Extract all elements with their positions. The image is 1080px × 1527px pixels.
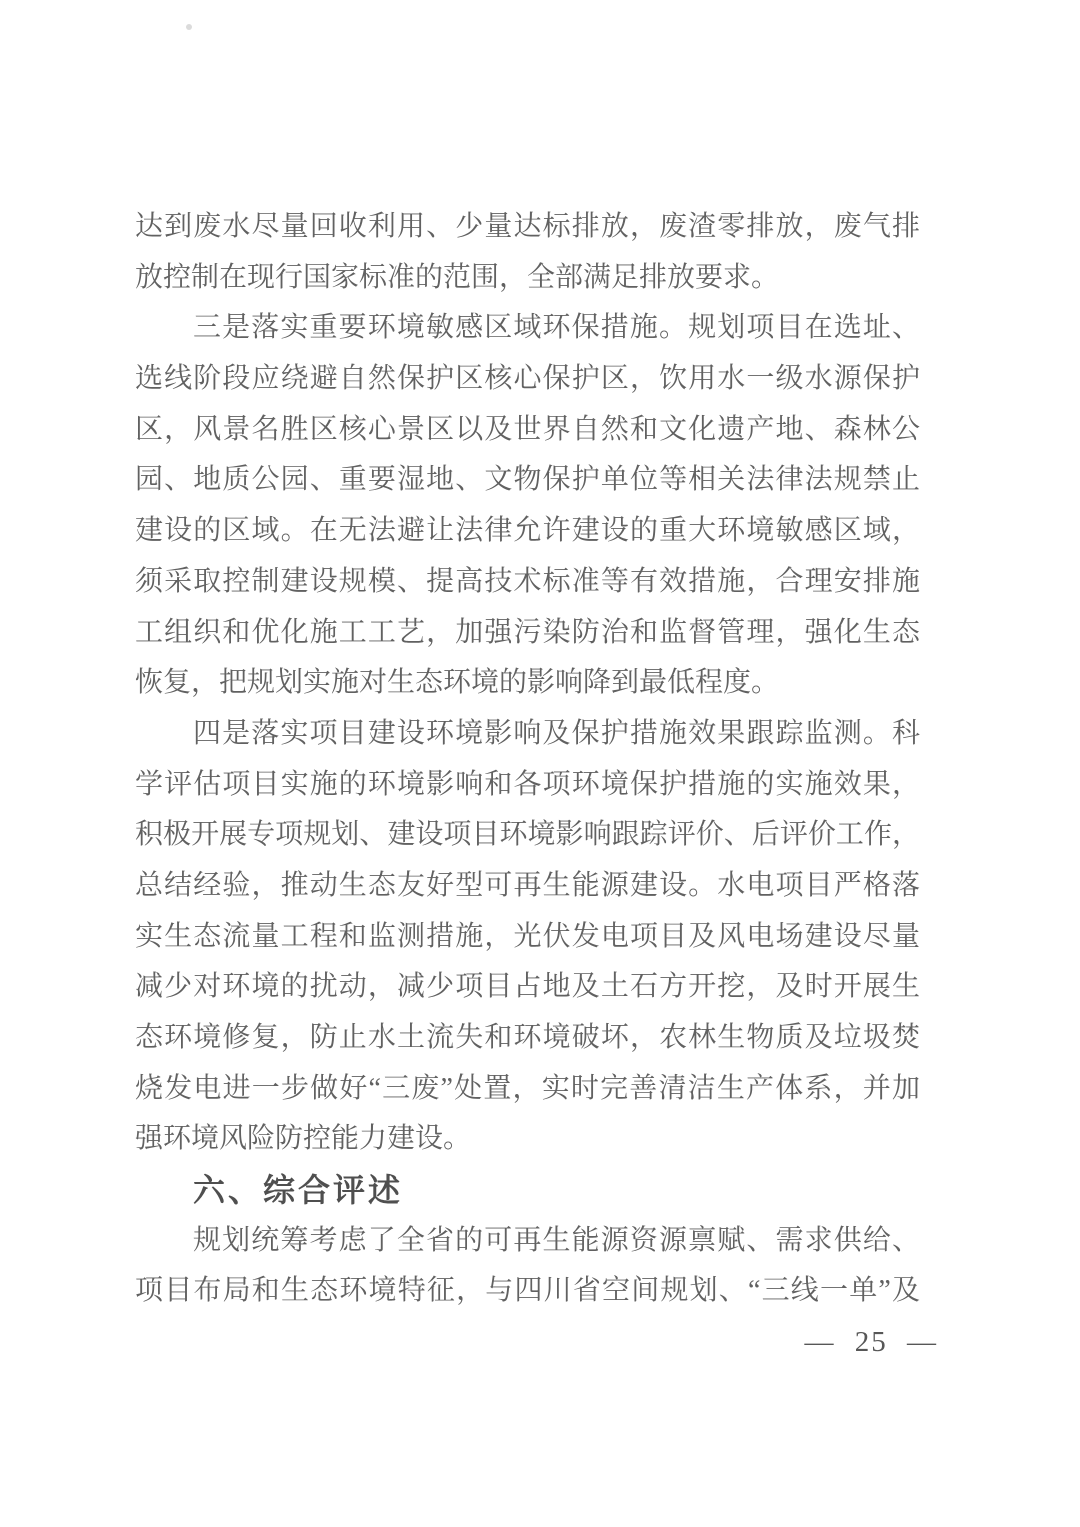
text-line: 达到废水尽量回收利用、少量达标排放，废渣零排放，废气排 xyxy=(135,202,920,253)
text-line: 态环境修复，防止水土流失和环境破坏，农林生物质及垃圾焚 xyxy=(135,1013,920,1064)
text-line: 建设的区域。在无法避让法律允许建设的重大环境敏感区域， xyxy=(135,506,920,557)
text-line: 学评估项目实施的环境影响和各项环境保护措施的实施效果， xyxy=(135,760,920,811)
text-line: 项目布局和生态环境特征，与四川省空间规划、“三线一单”及 xyxy=(135,1266,920,1317)
text-line: 四是落实项目建设环境影响及保护措施效果跟踪监测。科 xyxy=(135,709,920,760)
text-line: 规划统筹考虑了全省的可再生能源资源禀赋、需求供给、 xyxy=(135,1216,920,1267)
text-line: 强环境风险防控能力建设。 xyxy=(135,1114,920,1165)
text-line: 三是落实重要环境敏感区域环保措施。规划项目在选址、 xyxy=(135,303,920,354)
section-heading: 六、综合评述 xyxy=(135,1165,920,1216)
text-line: 区，风景名胜区核心景区以及世界自然和文化遗产地、森林公 xyxy=(135,405,920,456)
text-line: 减少对环境的扰动，减少项目占地及土石方开挖，及时开展生 xyxy=(135,962,920,1013)
text-line: 工组织和优化施工工艺，加强污染防治和监督管理，强化生态 xyxy=(135,608,920,659)
text-block: 达到废水尽量回收利用、少量达标排放，废渣零排放，废气排放控制在现行国家标准的范围… xyxy=(135,202,920,1368)
text-line: 恢复，把规划实施对生态环境的影响降到最低程度。 xyxy=(135,658,920,709)
page-number: — 25 — xyxy=(805,1326,939,1358)
text-line: 总结经验，推动生态友好型可再生能源建设。水电项目严格落 xyxy=(135,861,920,912)
document-page: 达到废水尽量回收利用、少量达标排放，废渣零排放，废气排放控制在现行国家标准的范围… xyxy=(0,0,1080,1527)
text-line: 选线阶段应绕避自然保护区核心保护区，饮用水一级水源保护 xyxy=(135,354,920,405)
page-number-row: — 25 — xyxy=(135,1317,938,1368)
text-line: 实生态流量工程和监测措施，光伏发电项目及风电场建设尽量 xyxy=(135,912,920,963)
scan-artifact xyxy=(186,24,192,30)
text-line: 放控制在现行国家标准的范围，全部满足排放要求。 xyxy=(135,253,920,304)
text-line: 须采取控制建设规模、提高技术标准等有效措施，合理安排施 xyxy=(135,557,920,608)
text-line: 园、地质公园、重要湿地、文物保护单位等相关法律法规禁止 xyxy=(135,455,920,506)
text-line: 积极开展专项规划、建设项目环境影响跟踪评价、后评价工作， xyxy=(135,810,920,861)
text-line: 烧发电进一步做好“三废”处置，实时完善清洁生产体系，并加 xyxy=(135,1064,920,1115)
